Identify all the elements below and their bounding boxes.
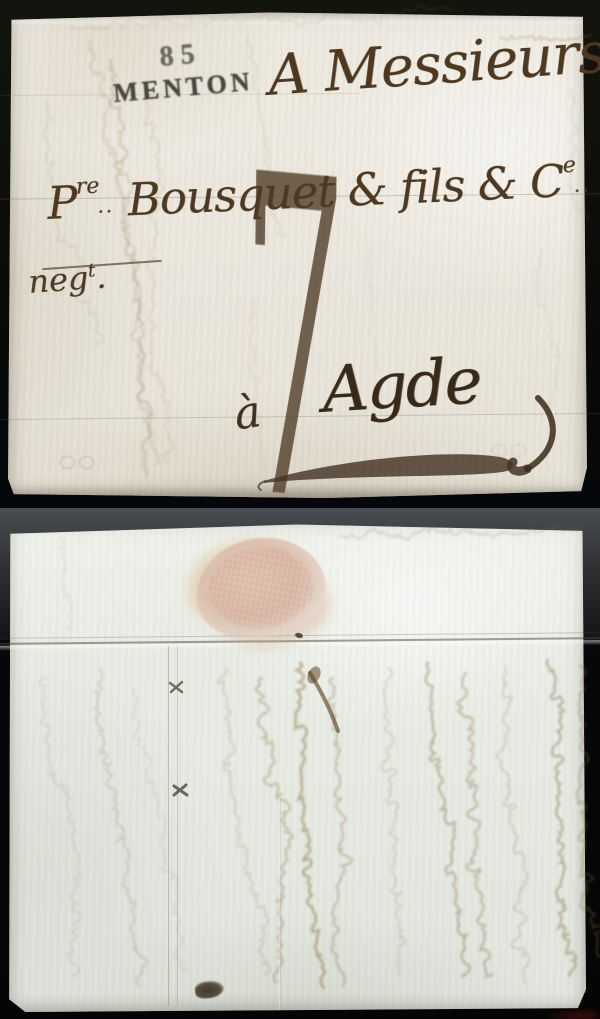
watermark-mark <box>60 456 94 469</box>
wax-seal-texture <box>206 544 315 631</box>
letter-back-photo <box>0 508 600 1019</box>
vertical-crease <box>168 646 169 1006</box>
destination-city: Agde <box>320 344 482 428</box>
letter-front-photo: 85 MENTON A Messieurs 7 Pre..Bousquet & … <box>0 0 600 508</box>
superscript-dots: .. <box>97 193 115 218</box>
superscript-dots: .. <box>573 172 591 197</box>
watermark-mark <box>492 444 526 457</box>
corner-reflection <box>542 1007 598 1019</box>
vertical-crease <box>177 646 178 1006</box>
addressee-initial: P <box>46 176 78 230</box>
vertical-crease <box>279 798 281 1010</box>
